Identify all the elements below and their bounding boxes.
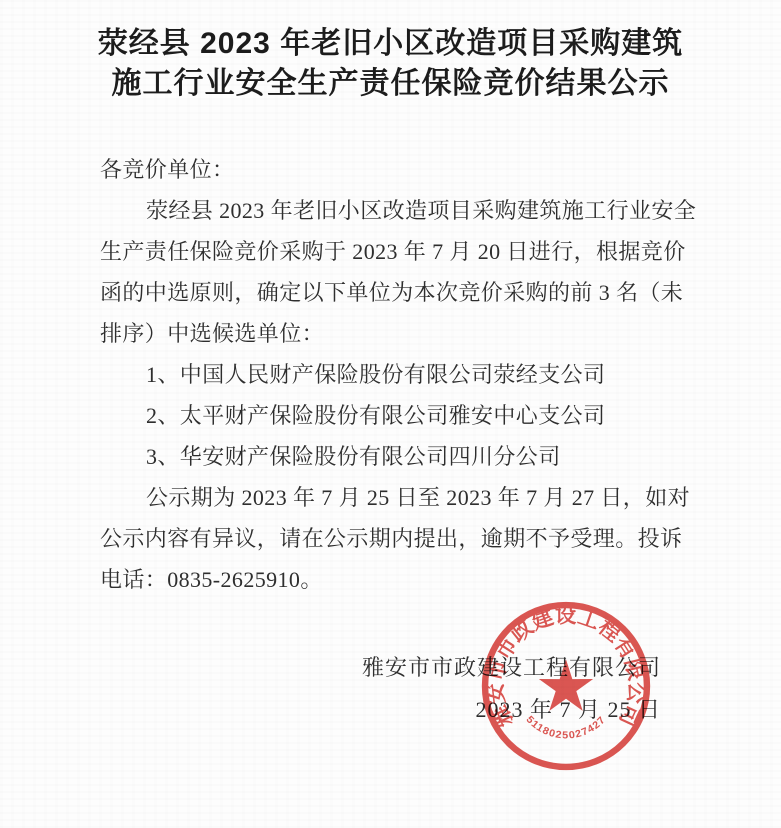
announcement-page: 荥经县 2023 年老旧小区改造项目采购建筑 施工行业安全生产责任保险竞价结果公… bbox=[0, 0, 781, 828]
candidate-item-1: 1、中国人民财产保险股份有限公司荥经支公司 bbox=[100, 354, 688, 395]
official-seal-graphic: 雅安市市政建设工程有限公司 5118025027427 bbox=[474, 594, 658, 778]
salutation: 各竞价单位： bbox=[100, 149, 688, 190]
seal-serial-number: 5118025027427 bbox=[524, 714, 609, 741]
title-line-2: 施工行业安全生产责任保险竞价结果公示 bbox=[0, 64, 781, 104]
para1-line3: 函的中选原则，确定以下单位为本次竞价采购的前 3 名（未 bbox=[100, 272, 688, 313]
document-body: 各竞价单位： 荥经县 2023 年老旧小区改造项目采购建筑施工行业安全 生产责任… bbox=[100, 149, 688, 600]
para1-line1: 荥经县 2023 年老旧小区改造项目采购建筑施工行业安全 bbox=[100, 190, 688, 231]
title-line-1: 荥经县 2023 年老旧小区改造项目采购建筑 bbox=[0, 24, 781, 64]
para2-line2: 公示内容有异议，请在公示期内提出，逾期不予受理。投诉 bbox=[100, 518, 688, 559]
page-title: 荥经县 2023 年老旧小区改造项目采购建筑 施工行业安全生产责任保险竞价结果公… bbox=[0, 24, 781, 104]
para1-line4: 排序）中选候选单位： bbox=[100, 313, 688, 354]
candidate-item-2: 2、太平财产保险股份有限公司雅安中心支公司 bbox=[100, 395, 688, 436]
svg-text:5118025027427: 5118025027427 bbox=[524, 714, 609, 741]
official-seal: 雅安市市政建设工程有限公司 5118025027427 bbox=[474, 594, 658, 778]
para1-line2: 生产责任保险竞价采购于 2023 年 7 月 20 日进行，根据竞价 bbox=[100, 231, 688, 272]
candidate-item-3: 3、华安财产保险股份有限公司四川分公司 bbox=[100, 436, 688, 477]
para2-line1: 公示期为 2023 年 7 月 25 日至 2023 年 7 月 27 日，如对 bbox=[100, 477, 688, 518]
seal-star-icon bbox=[539, 659, 593, 711]
